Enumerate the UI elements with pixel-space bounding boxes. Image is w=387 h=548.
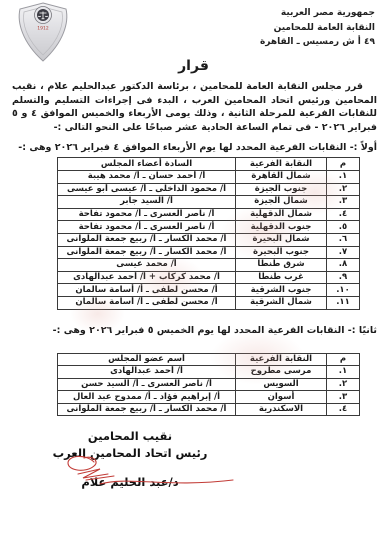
branch-name-cell: جنوب الجيزة [236,183,327,196]
row-number-cell: ١١. [327,296,360,309]
branch-name-cell: الاسكندرية [236,403,327,416]
logo-year: 1912 [37,26,49,32]
branch-name-cell: السويس [236,378,327,391]
table-row: ١.شمال القاهرةأ/ أحمد حسان ـ أ/ محمد هيب… [58,170,360,183]
column-header: النقابة الفرعية [236,353,327,366]
column-header: أسم عضو المجلس [58,353,236,366]
members-cell: أ/ محسن لطفى ـ أ/ أسامة سالمان [58,284,236,297]
badge-icon: 1912 [16,2,70,62]
branch-name-cell: جنوب الشرقية [236,284,327,297]
letterhead: جمهورية مصر العربية النقابة العامة للمحا… [260,6,375,50]
row-number-cell: ٢. [327,378,360,391]
branch-name-cell: مرسى مطروح [236,366,327,379]
members-cell: أ/ محمد الكسار ـ أ/ ربيع جمعة الملوانى [58,246,236,259]
branch-name-cell: جنوب الدقهلية [236,221,327,234]
table-row: ٢.جنوب الجيزةأ/ محمود الداخلى ـ أ/ عيسى … [58,183,360,196]
row-number-cell: ٩. [327,271,360,284]
column-header: م [327,158,360,171]
document-page: 1912 جمهورية مصر العربية النقابة العامة … [0,0,387,548]
branch-name-cell: غرب طنطا [236,271,327,284]
row-number-cell: ٣. [327,391,360,404]
row-number-cell: ٨. [327,259,360,272]
branch-name-cell: شمال القاهرة [236,170,327,183]
row-number-cell: ٣. [327,196,360,209]
wednesday-branches-table: مالنقابة الفرعيةالسادة أعضاء المجلس ١.شم… [57,157,360,309]
branch-name-cell: شمال البحيرة [236,233,327,246]
branch-name-cell: شمال الجيزة [236,196,327,209]
branch-name-cell: أسوان [236,391,327,404]
members-cell: أ/ محمد الكسار ـ أ/ ربيع جمعة الملوانى [58,403,236,416]
members-cell: أ/ ناصر العسرى ـ أ/ محمود تفاحة [58,221,236,234]
branch-name-cell: شمال الدقهلية [236,208,327,221]
members-cell: أ/ محمد عيسى [58,259,236,272]
table-row: ٥.جنوب الدقهليةأ/ ناصر العسرى ـ أ/ محمود… [58,221,360,234]
table-row: ٤.شمال الدقهليةأ/ ناصر العسرى ـ أ/ محمود… [58,208,360,221]
branch-name-cell: شمال الشرقية [236,296,327,309]
row-number-cell: ٦. [327,233,360,246]
members-cell: أ/ السيد جابر [58,196,236,209]
table-row: ٤.الاسكندريةأ/ محمد الكسار ـ أ/ ربيع جمع… [58,403,360,416]
branch-name-cell: جنوب البحيرة [236,246,327,259]
members-cell: أ/ إبراهيم فؤاد ـ أ/ ممدوح عبد العال [58,391,236,404]
table-header-row: مالنقابة الفرعيةأسم عضو المجلس [58,353,360,366]
row-number-cell: ٧. [327,246,360,259]
document-header: 1912 جمهورية مصر العربية النقابة العامة … [0,0,387,56]
thursday-branches-table: مالنقابة الفرعيةأسم عضو المجلس ١.مرسى مط… [57,353,360,417]
table-row: ٧.جنوب البحيرةأ/ محمد الكسار ـ أ/ ربيع ج… [58,246,360,259]
signature-block: نقيب المحامين رئيس اتحاد المحامين العرب … [30,429,230,489]
members-cell: أ/ محسن لطفى ـ أ/ أسامة سالمان [58,296,236,309]
table-row: ١.مرسى مطروحأ/ أحمد عبدالهادى [58,366,360,379]
members-cell: أ/ ناصر العسرى ـ أ/ السيد حسن [58,378,236,391]
table-row: ٨.شرق طنطاأ/ محمد عيسى [58,259,360,272]
row-number-cell: ٥. [327,221,360,234]
letterhead-organization: النقابة العامة للمحامين [260,21,375,36]
column-header: السادة أعضاء المجلس [58,158,236,171]
branch-name-cell: شرق طنطا [236,259,327,272]
letterhead-address: ٤٩ أ ش رمسيس ـ القاهرة [260,35,375,50]
first-section-heading: أولاً :- النقابات الفرعية المحدد لها يوم… [10,142,377,153]
members-cell: أ/ أحمد عبدالهادى [58,366,236,379]
table-row: ٢.السويسأ/ ناصر العسرى ـ أ/ السيد حسن [58,378,360,391]
row-number-cell: ١. [327,366,360,379]
decision-body-paragraph: قرر مجلس النقابة العامة للمحامين ، برئاس… [12,80,377,134]
row-number-cell: ٤. [327,403,360,416]
bar-association-badge-logo: 1912 [16,2,70,66]
table-row: ١٠.جنوب الشرقيةأ/ محسن لطفى ـ أ/ أسامة س… [58,284,360,297]
row-number-cell: ١. [327,170,360,183]
letterhead-country: جمهورية مصر العربية [260,6,375,21]
second-section-heading: ثانيًا :- النقابات الفرعية المحدد لها يو… [10,325,377,336]
signer-title-bar-president: نقيب المحامين [30,429,230,443]
table-row: ٣.أسوانأ/ إبراهيم فؤاد ـ أ/ ممدوح عبد ال… [58,391,360,404]
members-cell: أ/ ناصر العسرى ـ أ/ محمود تفاحة [58,208,236,221]
signer-title-arab-union-president: رئيس اتحاد المحامين العرب [30,446,230,460]
row-number-cell: ٤. [327,208,360,221]
members-cell: أ/ أحمد حسان ـ أ/ محمد هيبة [58,170,236,183]
row-number-cell: ١٠. [327,284,360,297]
table-row: ٦.شمال البحيرةأ/ محمد الكسار ـ أ/ ربيع ج… [58,233,360,246]
column-header: النقابة الفرعية [236,158,327,171]
table-header-row: مالنقابة الفرعيةالسادة أعضاء المجلس [58,158,360,171]
members-cell: أ/ محمد الكسار ـ أ/ ربيع جمعة الملوانى [58,233,236,246]
table-row: ٣.شمال الجيزةأ/ السيد جابر [58,196,360,209]
column-header: م [327,353,360,366]
signer-name: د/عبد الحليم علام [30,475,230,489]
row-number-cell: ٢. [327,183,360,196]
members-cell: أ/ محمد كركاب + أ/ أحمد عبدالهادى [58,271,236,284]
table-row: ١١.شمال الشرقيةأ/ محسن لطفى ـ أ/ أسامة س… [58,296,360,309]
members-cell: أ/ محمود الداخلى ـ أ/ عيسى أبو عيسى [58,183,236,196]
table-row: ٩.غرب طنطاأ/ محمد كركاب + أ/ أحمد عبداله… [58,271,360,284]
